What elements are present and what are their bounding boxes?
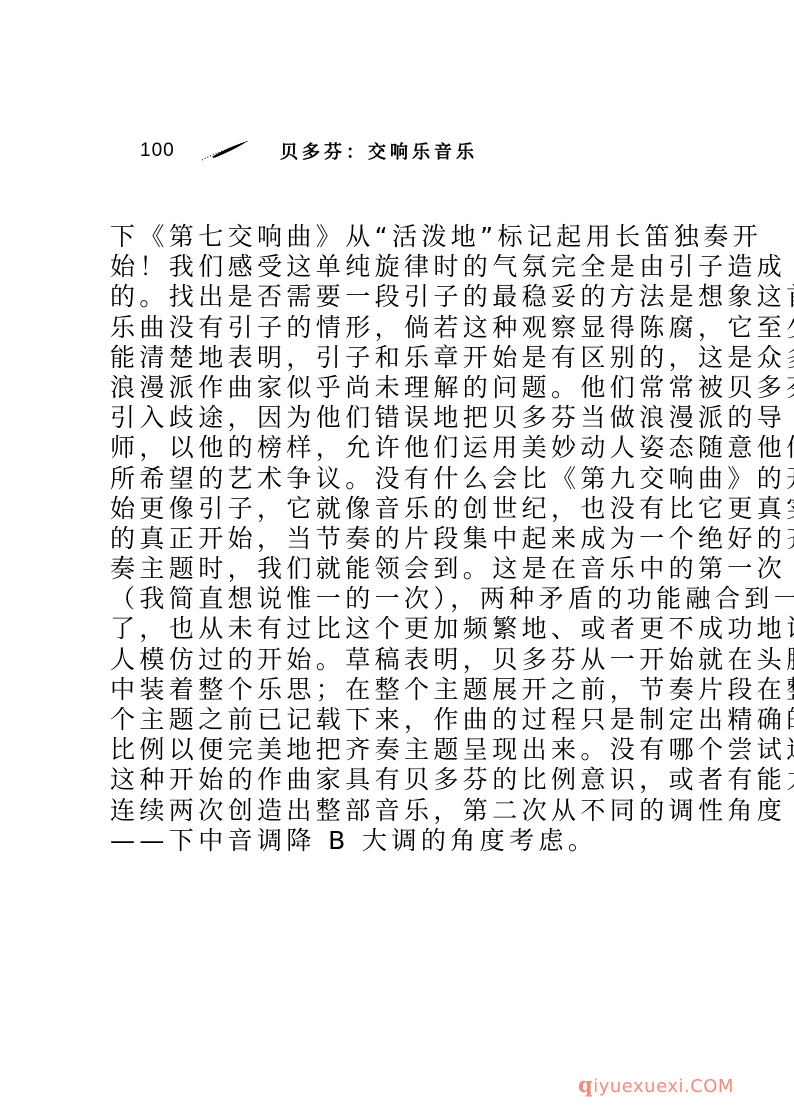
feather-ornament-icon bbox=[200, 140, 250, 162]
text-line: 个主题之前已记载下来，作曲的过程只是制定出精确的 bbox=[110, 705, 690, 735]
text-line: 师，以他的榜样，允许他们运用美妙动人姿态随意他们 bbox=[110, 433, 690, 463]
running-title: 贝多芬：交响乐音乐 bbox=[280, 138, 478, 164]
text-line: 浪漫派作曲家似乎尚未理解的问题。他们常常被贝多芬 bbox=[110, 373, 690, 403]
text-line: 所希望的艺术争议。没有什么会比《第九交响曲》的开 bbox=[110, 464, 690, 494]
watermark-logo-letter: q bbox=[578, 1072, 593, 1097]
text-line: 的。找出是否需要一段引子的最稳妥的方法是想象这首 bbox=[110, 282, 690, 312]
page-header: 100 贝多芬：交响乐音乐 bbox=[140, 136, 478, 166]
text-line: 中装着整个乐思；在整个主题展开之前，节奏片段在整 bbox=[110, 675, 690, 705]
text-line: 比例以便完美地把齐奏主题呈现出来。没有哪个尝试过 bbox=[110, 735, 690, 765]
text-line: ——下中音调降 B 大调的角度考虑。 bbox=[110, 826, 690, 856]
text-line: 奏主题时，我们就能领会到。这是在音乐中的第一次 bbox=[110, 554, 690, 584]
text-line: 这种开始的作曲家具有贝多芬的比例意识，或者有能力 bbox=[110, 765, 690, 795]
text-line: 人模仿过的开始。草稿表明，贝多芬从一开始就在头脑 bbox=[110, 645, 690, 675]
text-line: 下《第七交响曲》从“活泼地”标记起用长笛独奏开 bbox=[110, 222, 690, 252]
body-paragraph: 下《第七交响曲》从“活泼地”标记起用长笛独奏开 始！我们感受这单纯旋律时的气氛完… bbox=[110, 222, 690, 856]
watermark: qiyuexuexi.COM bbox=[578, 1072, 734, 1097]
text-line: （我简直想说惟一的一次），两种矛盾的功能融合到一起 bbox=[110, 584, 690, 614]
text-line: 的真正开始，当节奏的片段集中起来成为一个绝好的齐 bbox=[110, 524, 690, 554]
page-number: 100 bbox=[140, 140, 200, 162]
watermark-text: iyuexuexi.COM bbox=[593, 1076, 734, 1097]
text-line: 连续两次创造出整部音乐，第二次从不同的调性角度 bbox=[110, 796, 690, 826]
text-line: 能清楚地表明，引子和乐章开始是有区别的，这是众多 bbox=[110, 343, 690, 373]
text-line: 始！我们感受这单纯旋律时的气氛完全是由引子造成 bbox=[110, 252, 690, 282]
text-line: 始更像引子，它就像音乐的创世纪，也没有比它更真实 bbox=[110, 494, 690, 524]
text-line: 乐曲没有引子的情形，倘若这种观察显得陈腐，它至少 bbox=[110, 313, 690, 343]
text-line: 引入歧途，因为他们错误地把贝多芬当做浪漫派的导 bbox=[110, 403, 690, 433]
text-line: 了，也从未有过比这个更加频繁地、或者更不成功地让 bbox=[110, 614, 690, 644]
